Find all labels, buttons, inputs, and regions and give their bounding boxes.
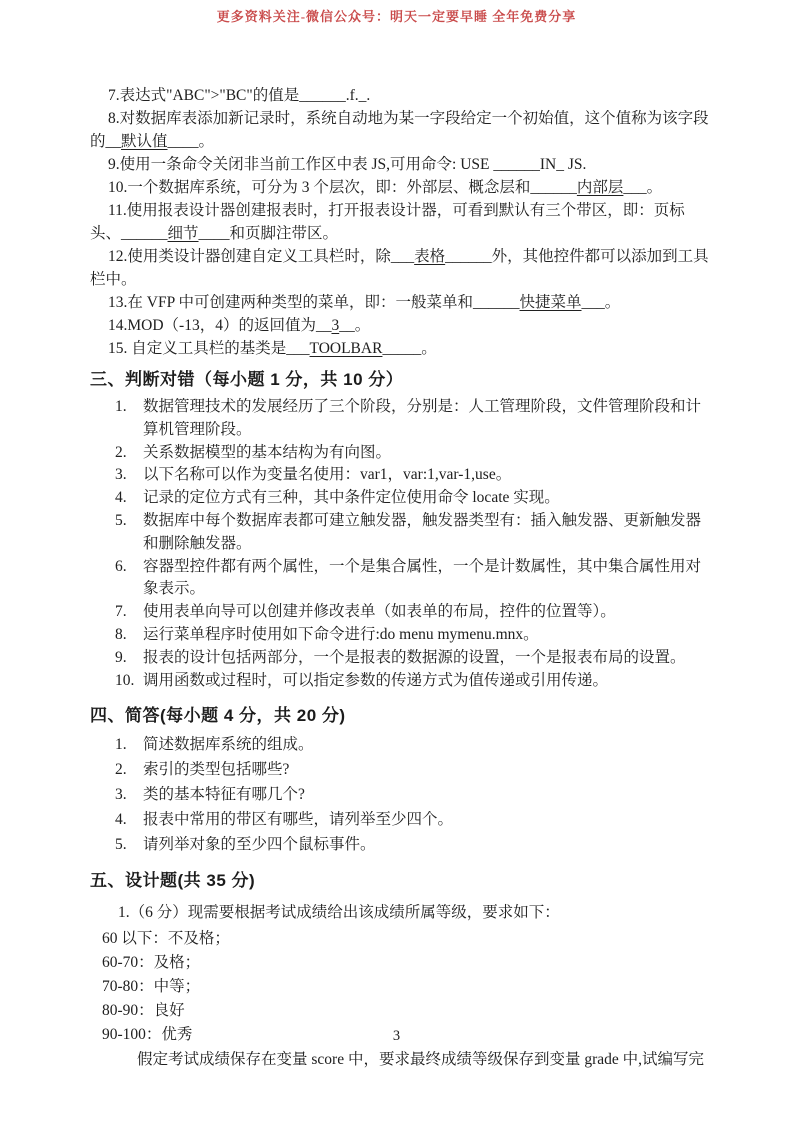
grade-range-line: 60-70：及格；: [102, 951, 712, 975]
item-number: 1.: [115, 396, 143, 442]
item-text: 数据管理技术的发展经历了三个阶段，分别是：人工管理阶段，文件管理阶段和计算机管理…: [143, 396, 712, 442]
item-text: 关系数据模型的基本结构为有向图。: [143, 442, 712, 465]
item-text: 报表中常用的带区有哪些，请列举至少四个。: [143, 807, 712, 832]
judge-item: 4.记录的定位方式有三种，其中条件定位使用命令 locate 实现。: [90, 487, 712, 510]
section-title-short-answer: 四、简答(每小题 4 分，共 20 分): [90, 704, 712, 727]
item-number: 4.: [115, 487, 143, 510]
grade-range-line: 70-80：中等；: [102, 975, 712, 999]
fill-blank-item-8: 8.对数据库表添加新记录时，系统自动地为某一字段给定一个初始值，这个值称为该字段…: [90, 107, 712, 153]
judge-section: 1.数据管理技术的发展经历了三个阶段，分别是：人工管理阶段，文件管理阶段和计算机…: [90, 396, 712, 692]
judge-item: 9.报表的设计包括两部分，一个是报表的数据源的设置，一个是报表布局的设置。: [90, 647, 712, 670]
fill-blank-section: 7.表达式"ABC">"BC"的值是______.f._. 8.对数据库表添加新…: [90, 84, 712, 360]
fill-blank-item-14: 14.MOD（-13，4）的返回值为__3__。: [90, 314, 712, 337]
judge-item: 10.调用函数或过程时，可以指定参数的传递方式为值传递或引用传递。: [90, 670, 712, 693]
item-number: 8.: [115, 624, 143, 647]
fill-blank-item-13: 13.在 VFP 中可创建两种类型的菜单，即：一般菜单和______快捷菜单__…: [90, 291, 712, 314]
item-text: 记录的定位方式有三种，其中条件定位使用命令 locate 实现。: [143, 487, 712, 510]
item-number: 4.: [115, 807, 143, 832]
item-text: 以下名称可以作为变量名使用：var1，var:1,var-1,use。: [143, 464, 712, 487]
item-number: 5.: [115, 510, 143, 556]
item-number: 7.: [115, 601, 143, 624]
item-number: 10.: [115, 670, 143, 693]
grade-range-line: 60 以下：不及格；: [102, 927, 712, 951]
judge-item: 6.容器型控件都有两个属性，一个是集合属性，一个是计数属性，其中集合属性用对象表…: [90, 556, 712, 602]
grade-range-line: 80-90：良好: [102, 999, 712, 1023]
item-number: 1.: [115, 732, 143, 757]
design-continuation: 假定考试成绩保存在变量 score 中，要求最终成绩等级保存到变量 grade …: [137, 1048, 712, 1072]
judge-item: 1.数据管理技术的发展经历了三个阶段，分别是：人工管理阶段，文件管理阶段和计算机…: [90, 396, 712, 442]
promo-banner: 更多资料关注-微信公众号：明天一定要早睡 全年免费分享: [0, 6, 793, 25]
judge-item: 8.运行菜单程序时使用如下命令进行:do menu mymenu.mnx。: [90, 624, 712, 647]
item-number: 9.: [115, 647, 143, 670]
short-answer-section: 1.简述数据库系统的组成。 2.索引的类型包括哪些? 3.类的基本特征有哪几个?…: [90, 732, 712, 857]
item-text: 使用表单向导可以创建并修改表单（如表单的布局，控件的位置等）。: [143, 601, 712, 624]
item-text: 数据库中每个数据库表都可建立触发器，触发器类型有：插入触发器、更新触发器和删除触…: [143, 510, 712, 556]
short-answer-item: 1.简述数据库系统的组成。: [90, 732, 712, 757]
item-text: 容器型控件都有两个属性，一个是集合属性，一个是计数属性，其中集合属性用对象表示。: [143, 556, 712, 602]
fill-blank-item-15: 15. 自定义工具栏的基类是___TOOLBAR_____。: [90, 337, 712, 360]
fill-blank-item-7: 7.表达式"ABC">"BC"的值是______.f._.: [90, 84, 712, 107]
item-number: 3.: [115, 464, 143, 487]
item-number: 2.: [115, 757, 143, 782]
short-answer-item: 5.请列举对象的至少四个鼠标事件。: [90, 832, 712, 857]
design-section: 1.（6 分）现需要根据考试成绩给出该成绩所属等级，要求如下： 60 以下：不及…: [90, 901, 712, 1072]
item-text: 索引的类型包括哪些?: [143, 757, 712, 782]
item-text: 简述数据库系统的组成。: [143, 732, 712, 757]
fill-blank-item-11: 11.使用报表设计器创建报表时，打开报表设计器，可看到默认有三个带区，即：页标头…: [90, 199, 712, 245]
item-text: 类的基本特征有哪几个?: [143, 782, 712, 807]
page-number: 3: [0, 1028, 793, 1045]
judge-item: 3.以下名称可以作为变量名使用：var1，var:1,var-1,use。: [90, 464, 712, 487]
exam-content: 7.表达式"ABC">"BC"的值是______.f._. 8.对数据库表添加新…: [90, 84, 712, 1072]
design-question: 1.（6 分）现需要根据考试成绩给出该成绩所属等级，要求如下：: [118, 901, 712, 925]
fill-blank-item-9: 9.使用一条命令关闭非当前工作区中表 JS,可用命令: USE ______IN…: [90, 153, 712, 176]
judge-item: 2.关系数据模型的基本结构为有向图。: [90, 442, 712, 465]
short-answer-item: 4.报表中常用的带区有哪些，请列举至少四个。: [90, 807, 712, 832]
section-title-design: 五、设计题(共 35 分): [90, 869, 712, 892]
item-number: 6.: [115, 556, 143, 602]
item-text: 运行菜单程序时使用如下命令进行:do menu mymenu.mnx。: [143, 624, 712, 647]
judge-item: 7.使用表单向导可以创建并修改表单（如表单的布局，控件的位置等）。: [90, 601, 712, 624]
item-text: 请列举对象的至少四个鼠标事件。: [143, 832, 712, 857]
item-text: 报表的设计包括两部分，一个是报表的数据源的设置，一个是报表布局的设置。: [143, 647, 712, 670]
item-number: 2.: [115, 442, 143, 465]
fill-blank-item-10: 10.一个数据库系统，可分为 3 个层次，即：外部层、概念层和______内部层…: [90, 176, 712, 199]
item-text: 调用函数或过程时，可以指定参数的传递方式为值传递或引用传递。: [143, 670, 712, 693]
judge-item: 5.数据库中每个数据库表都可建立触发器，触发器类型有：插入触发器、更新触发器和删…: [90, 510, 712, 556]
document-page: 更多资料关注-微信公众号：明天一定要早睡 全年免费分享 7.表达式"ABC">"…: [0, 0, 793, 1122]
item-number: 5.: [115, 832, 143, 857]
short-answer-item: 2.索引的类型包括哪些?: [90, 757, 712, 782]
item-number: 3.: [115, 782, 143, 807]
fill-blank-item-12: 12.使用类设计器创建自定义工具栏时，除___表格______外，其他控件都可以…: [90, 245, 712, 291]
section-title-judge: 三、判断对错（每小题 1 分，共 10 分）: [90, 368, 712, 391]
short-answer-item: 3.类的基本特征有哪几个?: [90, 782, 712, 807]
